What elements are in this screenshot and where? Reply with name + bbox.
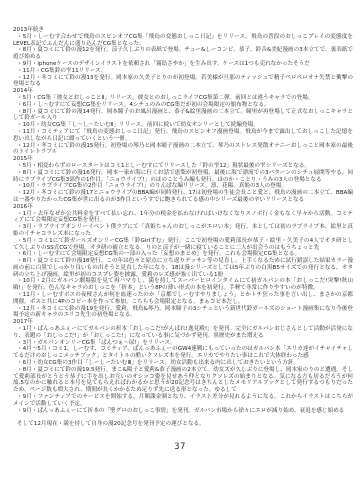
history-entry: ・12月・冬コミにて鈴の漫17とニョウライブのBBA編が同時発行。17は初登場の… xyxy=(13,190,353,204)
history-entry: ・8月・夏コミにて鈴の漫14発行。岡本瞳子のお風呂漫画と、恭子&絵里漫画の二本立… xyxy=(13,109,353,123)
history-entry: ・10月・幼女CG集「し〜し〜たいむⅡ」リリース。前回に続いて幼女オンリーとして… xyxy=(13,122,353,129)
year-section-2016: 2016年 ・1月・去年なぜか公共料金をすべて払い忘れ、1年分の税金を払わなけれ… xyxy=(13,204,353,320)
year-section-2017: 2017年 ・1月・ぱんっあふぇーにてガルパンの折本「おしっこだ!がんばれ!逸見… xyxy=(13,319,353,414)
history-entry: ・4月〜5月・コミ1、しーむす、コミティア、ぱんっあふぇーのGW4連戦にもってい… xyxy=(13,346,353,360)
history-entry: ・9月・iphoneケースのデザインイラストを依頼され「霧島さやか」を生み出す。… xyxy=(13,61,353,68)
history-entry: ・6月・幼女CG集の3作目「しーしーたいむⅢ」をリリース。幼女活動も出来る内に出… xyxy=(13,360,353,367)
year-section-2014: 2014年 ・5月・CG集「彼女とおしっことⅡ」リリース。彼女とのおしっこライフ… xyxy=(13,88,353,156)
year-section-2015: 2015年 ・5月・相変わらずのロースタートはコミ1としーむすにてリリースした「… xyxy=(13,156,353,204)
page-number: 37 xyxy=(0,442,360,452)
history-entry: ・12月・冬コミにて鈴の漫13を発行。岡本家の久美子とりのが初登場。若美様が旦那… xyxy=(13,75,353,89)
closing-note: そして12月現在・満を持して自身の漫20記念号を発刊予定の運びとなる。 xyxy=(13,421,353,428)
history-entry: ・9月・ファンティアでのサービスを開始する。月額課金制となり、イラスト差分が見れ… xyxy=(13,394,353,408)
year-heading: 2015年 xyxy=(13,156,353,163)
document-page: 2013年続き ・5月・しーむす合わせで飛鳥のスピンオフCG集「飛鳥の変態おしっ… xyxy=(13,27,353,428)
year-heading: 2013年続き xyxy=(13,27,353,34)
history-entry: ・5月・相変わらずのロースタートはコミ1としーむすにてリリースした「鈴の雫12」… xyxy=(13,163,353,170)
year-heading: 2016年 xyxy=(13,204,353,211)
history-entry: ・8月・夏コミにて鈴の漫19.5発行。まこ&陽子と愛莉&恭子漫画の2本立て。幼女… xyxy=(13,367,353,394)
history-entry: ・3月・ラブライブオンリーイベント僕ラブにて「真姫ちゃんのおしっこがエロい本」発… xyxy=(13,224,353,238)
history-entry: ・1月・去年なぜか公共料金をすべて払い忘れ、1年分の税金を払わなければいけなくな… xyxy=(13,211,353,225)
history-entry: ・1月・ぱんっあふぇーにてガルパンの折本「おしっこだ!がんばれ!逸見殿!」を発刊… xyxy=(13,326,353,340)
year-section-2013: 2013年続き ・5月・しーむす合わせで飛鳥のスピンオフCG集「飛鳥の変態おしっ… xyxy=(13,27,353,88)
history-entry: ・5月・CG集「彼女とおしっことⅡ」リリース。彼女とのおしっこライフCG集第二弾… xyxy=(13,95,353,102)
history-entry: ・11月・しーむすボスの夜桜さんが何を血迷ったのか「京都でしーむすやりましょう」… xyxy=(13,292,353,306)
history-entry: ・9月・ぱんっあふぇーにて折本の「聖グロのおしっこ事情」を発刊。ガルパン市場から… xyxy=(13,408,353,415)
history-entry: ・8月・夏コミにて鈴の漫18発行。この年は色々と原点に立ち返りデッサン等の見直し… xyxy=(13,258,353,278)
history-entry: ・12月・冬コミにて鈴の漫15発行。初登場の琴乃と岡本瞳子漫画の二本立て。琴乃の… xyxy=(13,143,353,157)
history-entry: ・11月・CG集鈴の雫11リリース。 xyxy=(13,68,353,75)
year-heading: 2014年 xyxy=(13,88,353,95)
history-entry: ・11月・コミティアにて「飛鳥の変態おしっこ日記」発行。飛鳥のスピンオフ漫画登場… xyxy=(13,129,353,143)
history-entry: ・10月・2月にガルパン劇場版を見て再ハマりし、満を持してスーパーヒロインタイム… xyxy=(13,278,353,292)
history-entry: ・5月・コミ1にて鈴ガールズオンリーCG集「鈴Girlずむ」発行。ここで初登場の… xyxy=(13,238,353,252)
history-entry: ・6月・し〜むすにて妄想CG集をリリース。4シチュのみのCG集だが初の会場限定の… xyxy=(13,102,353,109)
history-entry: ・5月・しーむす合わせで飛鳥のスピンオフCG集「飛鳥の変態おしっこ日記」をリリー… xyxy=(13,34,353,48)
history-entry: ・12月・冬コミにて鈴の漫19を発行。愛莉、飛鳥&琴乃、岡本瞳子の3シチュという… xyxy=(13,306,353,320)
history-entry: ・8月・夏コミにて鈴の漫12を発行。涼子久しぶりの表紙で登場。チュー&しーコンビ… xyxy=(13,47,353,61)
history-entry: ・8月・夏コミにて鈴の漫16発行。岡本一家が海に行くお話で恵梨が初登場、最後に海… xyxy=(13,170,353,184)
